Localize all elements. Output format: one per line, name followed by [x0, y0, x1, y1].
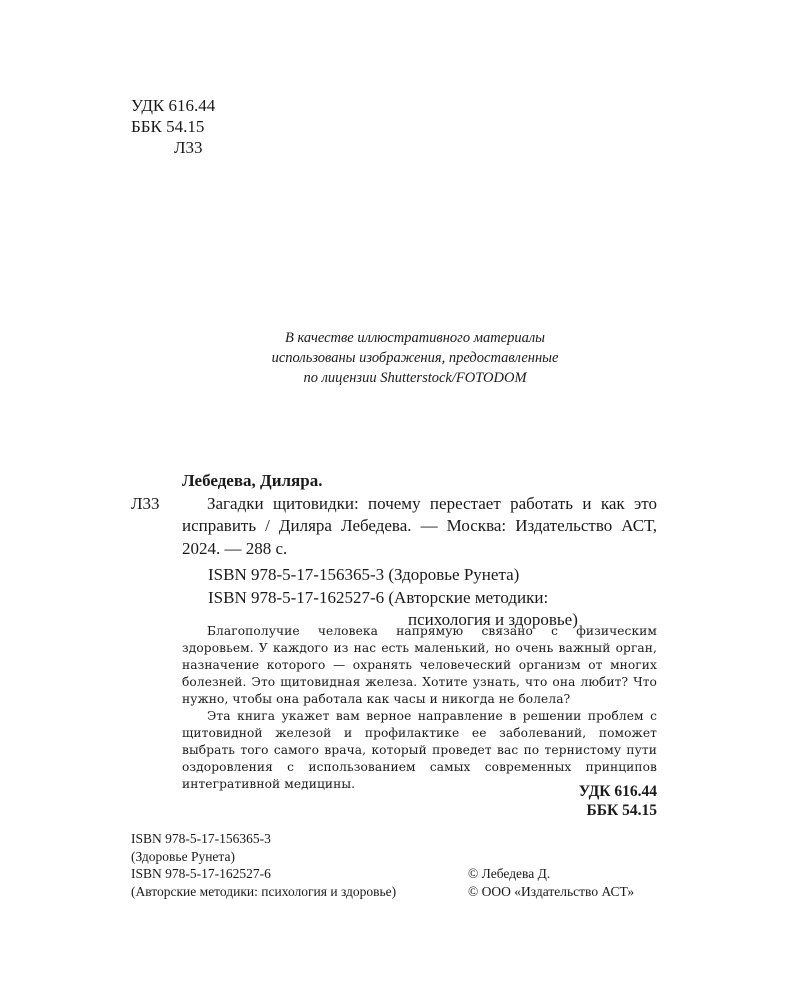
record-description: Загадки щитовидки: почему перестает рабо… [182, 493, 657, 561]
record-description-row: Л33 Загадки щитовидки: почему перестает … [131, 493, 657, 561]
footer-isbn-line: (Авторские методики: психология и здоров… [131, 883, 396, 901]
copyright-line: © Лебедева Д. [468, 865, 634, 883]
illustration-credit: В качестве иллюстративного материалы исп… [200, 328, 630, 388]
credit-line: по лицензии Shutterstock/FOTODOM [200, 368, 630, 388]
isbn-line: ISBN 978-5-17-156365-3 (Здоровье Рунета) [208, 564, 657, 587]
footer-isbn-block: ISBN 978-5-17-156365-3 (Здоровье Рунета)… [131, 830, 396, 900]
annotation-paragraph: Эта книга укажет вам верное направление … [182, 708, 657, 793]
annotation: Благополучие человека напрямую связано с… [182, 623, 657, 793]
credit-line: использованы изображения, предоставленны… [200, 348, 630, 368]
footer-isbn-line: ISBN 978-5-17-156365-3 [131, 830, 396, 848]
udk-code: УДК 616.44 [131, 95, 215, 116]
footer-isbn-line: (Здоровье Рунета) [131, 848, 396, 866]
isbn-line: ISBN 978-5-17-162527-6 (Авторские методи… [208, 587, 657, 610]
bbk-code: ББК 54.15 [131, 116, 215, 137]
record-author-mark: Л33 [131, 493, 160, 516]
record-description-text: Загадки щитовидки: почему перестает рабо… [182, 494, 657, 558]
classification-codes-bottom: УДК 616.44 ББК 54.15 [579, 782, 657, 820]
footer-isbn-line: ISBN 978-5-17-162527-6 [131, 865, 396, 883]
udk-code: УДК 616.44 [579, 782, 657, 801]
record-isbn-block: ISBN 978-5-17-156365-3 (Здоровье Рунета)… [208, 564, 657, 632]
bbk-code: ББК 54.15 [579, 801, 657, 820]
credit-line: В качестве иллюстративного материалы [200, 328, 630, 348]
copyright-line: © ООО «Издательство АСТ» [468, 883, 634, 901]
copyright-block: © Лебедева Д. © ООО «Издательство АСТ» [468, 865, 634, 900]
classification-codes-top: УДК 616.44 ББК 54.15 Л33 [131, 95, 215, 158]
bibliographic-record: Лебедева, Диляра. Л33 Загадки щитовидки:… [131, 470, 657, 632]
annotation-paragraph: Благополучие человека напрямую связано с… [182, 623, 657, 708]
author-heading: Лебедева, Диляра. [182, 470, 657, 493]
author-mark: Л33 [131, 137, 215, 158]
